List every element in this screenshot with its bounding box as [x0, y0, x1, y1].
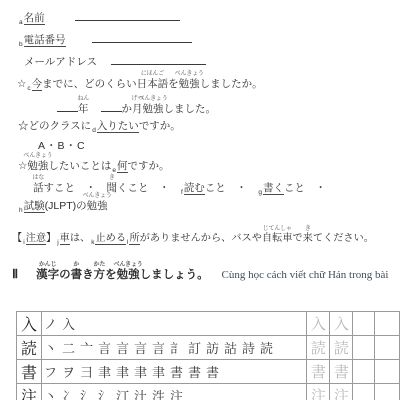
- blank-line: [75, 9, 180, 21]
- text-run: てください。: [313, 233, 374, 244]
- text-run: 】: [46, 233, 56, 244]
- ruby-base: 方かた: [94, 268, 106, 282]
- text-run: しましょう。: [140, 269, 209, 281]
- spacer: [45, 20, 75, 21]
- text-run: しました。: [164, 103, 217, 115]
- field-name: a名前: [18, 9, 180, 27]
- text-run: は、: [70, 233, 90, 244]
- underlined-term: 電話番号: [24, 34, 66, 47]
- ruby-base: 月げつ: [132, 102, 143, 116]
- section2-heading: Ⅱ 漢字かんじの書かき方かたを勉強べんきょうしましょう。 Cùng học cá…: [12, 267, 388, 282]
- practice-example-cell: 読: [307, 336, 330, 360]
- subscript-label: i: [23, 239, 24, 246]
- blank-line: [92, 31, 192, 43]
- table-row: 注丶冫氵氵汀汢泩注注注: [17, 384, 400, 400]
- ruby-base: 書か: [71, 268, 83, 282]
- subscript-label: b: [19, 41, 23, 48]
- ruby-base: 勉強べんきょう: [27, 159, 48, 173]
- notice-parking: 【i注意】j車は、k止めるl所がありませんから、バスや自転車じてんしゃで来きてく…: [12, 232, 374, 247]
- answer-years-months: 年ねんか月げつ勉強べんきょうしました。: [57, 100, 216, 116]
- stroke-order-cell: フヲ彐聿聿聿聿書書書: [41, 360, 306, 384]
- ruby-base: 年ねん: [78, 102, 89, 116]
- subscript-label: g: [258, 189, 262, 196]
- furigana: じてんしゃ: [263, 226, 292, 232]
- subscript-label: e: [112, 167, 116, 174]
- text-run: ☆: [18, 160, 27, 172]
- kanji-practice-table: 入ノ入入入読丶二亠言言言言訁訂訪詁詩読読読書フヲ彐聿聿聿聿書書書書書注丶冫氵氵汀…: [16, 311, 400, 400]
- text-run: で: [292, 233, 302, 244]
- underlined-term: 入りたい: [97, 120, 139, 133]
- text-run: ですか。: [128, 160, 170, 172]
- text-run: を: [105, 269, 117, 281]
- text-run: がありませんから、バスや: [140, 233, 262, 244]
- furigana: はな: [32, 175, 44, 181]
- text-run: き: [82, 269, 94, 281]
- underlined-term: 名前: [24, 12, 45, 25]
- kanji-cell: 入: [17, 312, 42, 336]
- text-run: くこと ・: [117, 182, 180, 194]
- subscript-label: k: [91, 239, 94, 246]
- ruby-base: 話はな: [33, 181, 44, 195]
- subscript-label: d: [92, 127, 96, 134]
- text-run: ですか。: [139, 120, 181, 132]
- subscript-label: f: [181, 189, 183, 196]
- practice-example-cell: 書: [307, 360, 330, 384]
- underlined-term: 何: [117, 160, 128, 173]
- furigana: べんきょう: [138, 96, 167, 102]
- text-run: ☆どのクラスに: [18, 120, 91, 132]
- field-phone-number: b電話番号: [18, 31, 192, 49]
- stroke-order-cell: 丶二亠言言言言訁訂訪詁詩読: [41, 336, 306, 360]
- furigana: き: [109, 175, 115, 181]
- text-run: (JLPT)の: [45, 200, 87, 212]
- field-email-address: メールアドレス: [24, 53, 206, 69]
- furigana: べんきょう: [23, 153, 52, 159]
- underlined-term: 車: [60, 233, 70, 245]
- subscript-label: c: [27, 85, 30, 92]
- ruby-base: 日本語にほんご: [137, 77, 169, 91]
- table-row: 読丶二亠言言言言訁訂訪詁詩読読読: [17, 336, 400, 360]
- underlined-term: 所: [129, 233, 139, 245]
- underlined-term: 書く: [263, 182, 284, 195]
- practice-example-cell: 入: [307, 312, 330, 336]
- practice-empty-cell: [375, 360, 400, 384]
- practice-empty-cell: [375, 384, 400, 400]
- practice-empty-cell: [353, 312, 375, 336]
- spacer: [66, 42, 92, 43]
- practice-example-cell: 読: [330, 336, 353, 360]
- furigana: ねん: [77, 96, 89, 102]
- text-run: したいことは: [48, 160, 111, 172]
- furigana: か: [73, 262, 79, 268]
- subscript-label: a: [19, 19, 23, 26]
- underlined-term: 読む: [184, 182, 205, 195]
- practice-empty-cell: [353, 336, 375, 360]
- furigana: べんきょう: [175, 71, 204, 77]
- stroke-order-cell: 丶冫氵氵汀汢泩注: [41, 384, 306, 400]
- furigana: かんじ: [39, 262, 56, 268]
- kanji-table-body: 入ノ入入入読丶二亠言言言言訁訂訪詁詩読読読書フヲ彐聿聿聿聿書書書書書注丶冫氵氵汀…: [17, 312, 400, 400]
- text-run: こと ・: [284, 182, 326, 194]
- underlined-term: 今: [32, 78, 43, 91]
- text-run: を: [168, 78, 179, 90]
- ruby-base: 漢字かんじ: [36, 268, 59, 282]
- underlined-term: 止める: [95, 233, 126, 245]
- study-goal-options: 話はなすこと ・ 聞きくこと ・ f読むこと ・ g書くこと ・: [33, 181, 326, 197]
- practice-example-cell: 入: [330, 312, 353, 336]
- question-study-goal: ☆勉強べんきょうしたいことはe何ですか。: [18, 159, 170, 175]
- kanji-cell: 注: [17, 384, 42, 400]
- text-run: こと ・: [205, 182, 258, 194]
- furigana: にほんご: [141, 71, 164, 77]
- table-row: 入ノ入入入: [17, 312, 400, 336]
- text-run: か: [122, 103, 133, 115]
- text-run: 【: [12, 233, 22, 244]
- furigana: かた: [94, 262, 106, 268]
- section2-title: 漢字かんじの書かき方かたを勉強べんきょうしましょう。: [36, 269, 209, 281]
- furigana: き: [305, 226, 311, 232]
- study-goal-option-exam: h試験(JLPT)の勉強べんきょう: [18, 199, 108, 215]
- text-run: メールアドレス: [24, 56, 97, 68]
- ruby-base: 来き: [303, 232, 313, 246]
- practice-example-cell: 注: [330, 384, 353, 400]
- text-run: の: [59, 269, 71, 281]
- underlined-term: 試験: [24, 200, 45, 213]
- table-row: 書フヲ彐聿聿聿聿書書書書書: [17, 360, 400, 384]
- practice-example-cell: 注: [307, 384, 330, 400]
- subscript-label: h: [19, 207, 23, 214]
- practice-empty-cell: [353, 384, 375, 400]
- spacer: [97, 64, 111, 65]
- question-study-duration: ☆c今までに、どのくらい日本語にほんごを勉強べんきょうしましたか。: [17, 77, 263, 93]
- kanji-cell: 書: [17, 360, 42, 384]
- section2-numeral: Ⅱ: [12, 267, 18, 281]
- subscript-label: j: [57, 239, 58, 246]
- stroke-order-cell: ノ入: [41, 312, 306, 336]
- text-run: しましたか。: [200, 78, 263, 90]
- text-run: ☆: [17, 78, 26, 90]
- worksheet-page: a名前 b電話番号 メールアドレス ☆c今までに、どのくらい日本語にほんごを勉強…: [0, 0, 400, 400]
- spacer: [89, 111, 101, 112]
- kanji-cell: 読: [17, 336, 42, 360]
- ruby-base: 勉強べんきょう: [179, 77, 200, 91]
- question-class-choice: ☆どのクラスにd入りたいですか。: [18, 119, 181, 135]
- practice-example-cell: 書: [330, 360, 353, 384]
- ruby-base: 勉強べんきょう: [87, 199, 108, 213]
- practice-empty-cell: [353, 360, 375, 384]
- blank-line: [111, 53, 206, 65]
- class-choices-abc: A・B・C: [38, 139, 86, 153]
- text-run: までに、どのくらい: [42, 78, 137, 90]
- underlined-term: 注意: [26, 233, 46, 245]
- text-run: A・B・C: [38, 140, 86, 152]
- furigana: べんきょう: [83, 193, 112, 199]
- ruby-base: 自転車じてんしゃ: [262, 232, 293, 246]
- section2-subtitle-vietnamese: Cùng học cách viết chữ Hán trong bài: [222, 269, 389, 281]
- ruby-base: 勉強べんきょう: [143, 102, 164, 116]
- ruby-base: 勉強べんきょう: [117, 268, 140, 282]
- blank-line: [57, 100, 78, 112]
- practice-empty-cell: [375, 336, 400, 360]
- blank-line: [101, 100, 122, 112]
- furigana: べんきょう: [114, 262, 143, 268]
- practice-empty-cell: [375, 312, 400, 336]
